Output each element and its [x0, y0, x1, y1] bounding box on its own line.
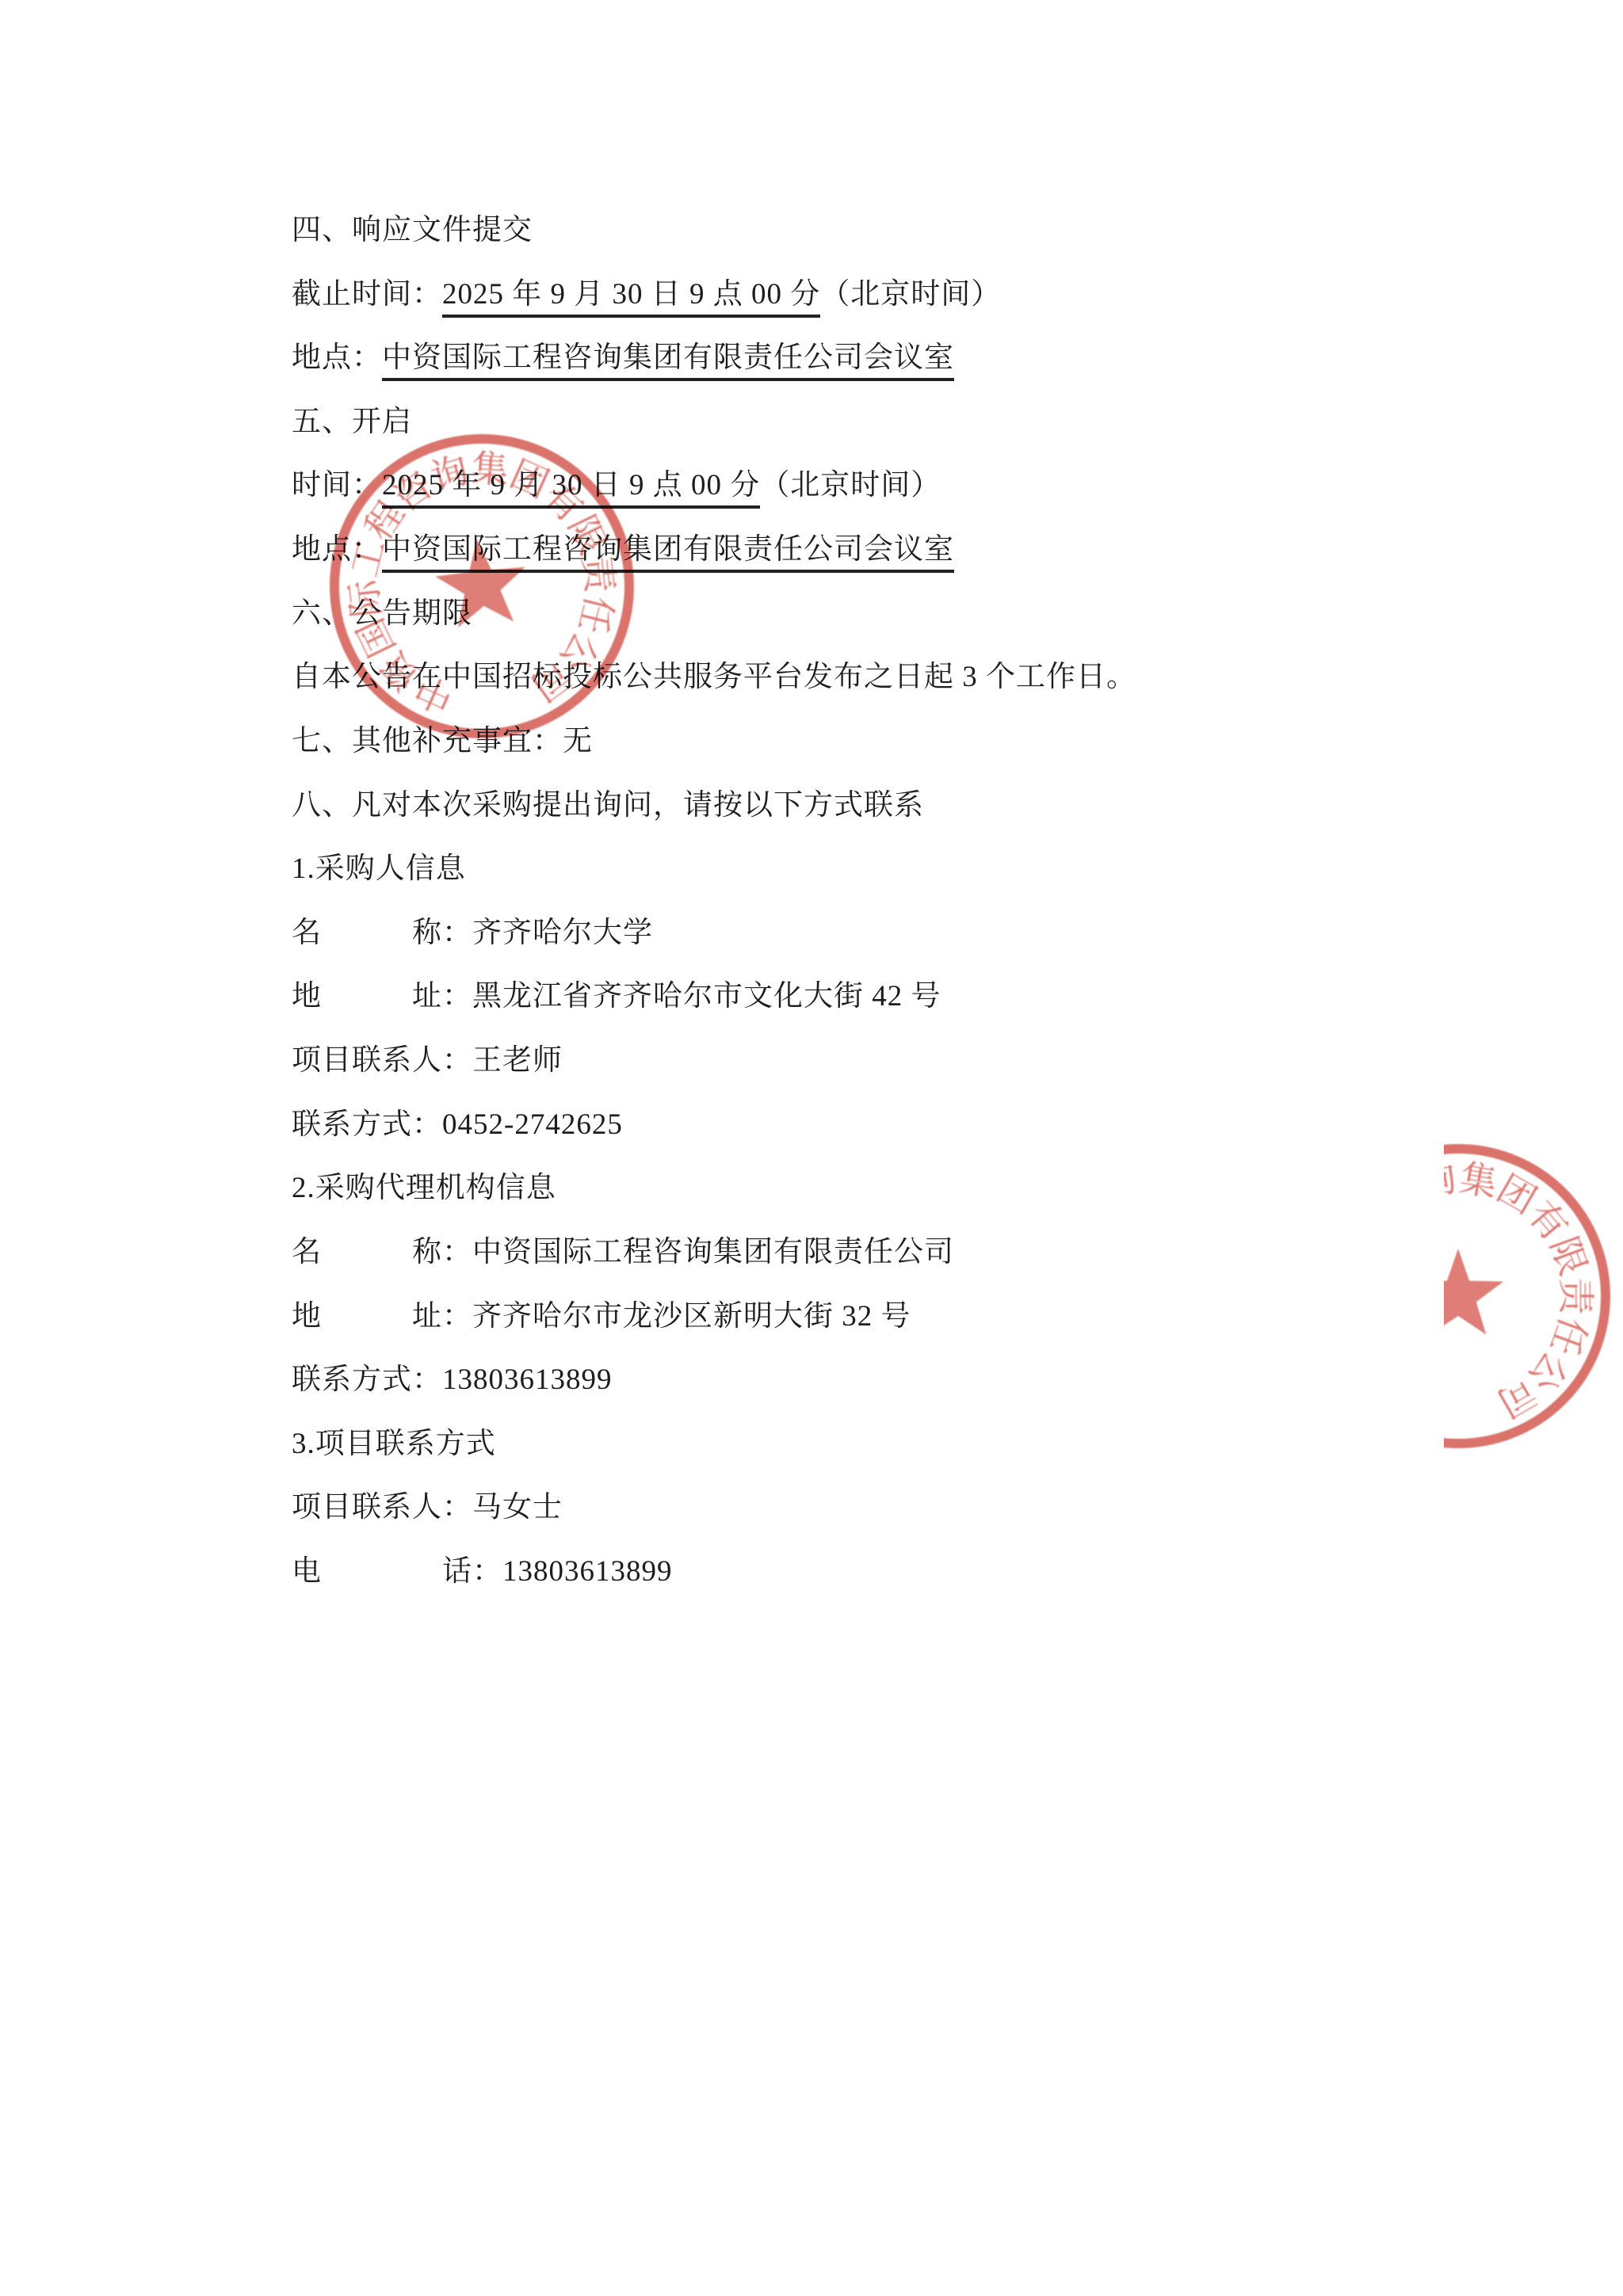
text-segment: 项目联系人：王老师 [292, 1044, 563, 1077]
stamp-ring-text-char: 公 [1520, 1344, 1575, 1398]
announcement-period-line: 自本公告在中国招标投标公共服务平台发布之日起 3 个工作日。 [292, 659, 1136, 696]
text-segment: 名 称：齐齐哈尔大学 [292, 917, 653, 949]
text-segment: 联系方式：0452-2742625 [292, 1108, 623, 1141]
company-seal-graphic: 中资国际工程咨询集团有限责任公司 [307, 412, 656, 761]
project-phone-line: 电 话：13803613899 [292, 1554, 673, 1590]
section-4-heading: 四、响应文件提交 [292, 212, 533, 249]
open-time-line: 时间：2025 年 9 月 30 日 9 点 00 分（北京时间） [292, 467, 941, 504]
open-location-line: 地点：中资国际工程咨询集团有限责任公司会议室 [292, 532, 954, 568]
project-contact-heading: 3.项目联系方式 [292, 1426, 496, 1463]
purchaser-name-line: 名 称：齐齐哈尔大学 [292, 915, 653, 952]
text-segment: 地 址：齐齐哈尔市龙沙区新明大街 32 号 [292, 1300, 911, 1333]
stamp-ring [1444, 1149, 1606, 1444]
stamp-ring-text-char: 询 [1444, 1158, 1460, 1205]
text-segment: 时间： [292, 469, 382, 502]
text-segment: 地点： [292, 341, 382, 374]
purchaser-contact-line: 项目联系人：王老师 [292, 1043, 563, 1079]
text-segment: 项目联系人：马女士 [292, 1491, 563, 1524]
stamp-ring-text-char: 有 [1520, 1194, 1575, 1249]
agency-info-heading: 2.采购代理机构信息 [292, 1170, 556, 1207]
company-seal-stamp-right-clipped: 中资国际工程咨询集团有限责任公司 [1444, 1138, 1623, 1458]
text-segment: 名 称：中资国际工程咨询集团有限责任公司 [292, 1236, 954, 1268]
company-seal-stamp-right-inner: 中资国际工程咨询集团有限责任公司 [1444, 1138, 1617, 1455]
submit-location-line: 地点：中资国际工程咨询集团有限责任公司会议室 [292, 340, 954, 376]
text-segment: 八、凡对本次采购提出询问，请按以下方式联系 [292, 789, 924, 822]
section-7-heading: 七、其他补充事宜：无 [292, 723, 593, 760]
text-segment: 七、其他补充事宜：无 [292, 725, 593, 757]
company-seal-graphic: 中资国际工程咨询集团有限责任公司 [1444, 1138, 1617, 1455]
agency-name-line: 名 称：中资国际工程咨询集团有限责任公司 [292, 1234, 954, 1271]
company-seal-stamp-left: 中资国际工程咨询集团有限责任公司 [307, 412, 656, 761]
section-5-heading: 五、开启 [292, 404, 412, 441]
underlined-text-segment: 2025 年 9 月 30 日 9 点 00 分 [382, 469, 760, 509]
purchaser-address-line: 地 址：黑龙江省齐齐哈尔市文化大街 42 号 [292, 978, 941, 1015]
purchaser-info-heading: 1.采购人信息 [292, 851, 466, 887]
stamp-ring-text-char: 限 [1542, 1232, 1594, 1281]
stamp-ring-text-char: 团 [1490, 1168, 1543, 1222]
stamp-ring-text-char: 集 [1457, 1158, 1500, 1205]
project-contact-line: 项目联系人：马女士 [292, 1489, 563, 1526]
text-segment: 五、开启 [292, 406, 412, 438]
section-8-heading: 八、凡对本次采购提出询问，请按以下方式联系 [292, 788, 924, 824]
purchaser-phone-line: 联系方式：0452-2742625 [292, 1107, 623, 1143]
text-segment: 2.采购代理机构信息 [292, 1172, 556, 1204]
agency-address-line: 地 址：齐齐哈尔市龙沙区新明大街 32 号 [292, 1299, 911, 1335]
stamp-ring-text-char: 任 [571, 591, 620, 637]
text-segment: 联系方式：13803613899 [292, 1363, 613, 1396]
stamp-star-icon [1444, 1249, 1503, 1335]
document-page: 四、响应文件提交截止时间：2025 年 9 月 30 日 9 点 00 分（北京… [0, 0, 1623, 2296]
underlined-text-segment: 2025 年 9 月 30 日 9 点 00 分 [442, 278, 820, 318]
text-segment: 截止时间： [292, 278, 442, 311]
text-segment: 六、公告期限 [292, 597, 472, 630]
text-segment: 四、响应文件提交 [292, 214, 533, 246]
text-segment: 电 话：13803613899 [292, 1555, 673, 1588]
underlined-text-segment: 中资国际工程咨询集团有限责任公司会议室 [382, 341, 954, 381]
stamp-ring-text-char: 责 [1554, 1278, 1595, 1318]
submit-deadline-line: 截止时间：2025 年 9 月 30 日 9 点 00 分（北京时间） [292, 277, 1001, 313]
text-segment: 自本公告在中国招标投标公共服务平台发布之日起 3 个工作日。 [292, 661, 1136, 693]
text-segment: （北京时间） [820, 278, 1001, 311]
section-6-heading: 六、公告期限 [292, 596, 472, 632]
stamp-ring-text-char: 司 [1490, 1370, 1543, 1425]
text-segment: 3.项目联系方式 [292, 1428, 496, 1460]
stamp-ring-text-char: 任 [1542, 1311, 1594, 1360]
text-segment: （北京时间） [760, 469, 941, 502]
text-segment: 地 址：黑龙江省齐齐哈尔市文化大街 42 号 [292, 980, 941, 1013]
text-segment: 1.采购人信息 [292, 852, 466, 885]
agency-phone-line: 联系方式：13803613899 [292, 1362, 613, 1398]
underlined-text-segment: 中资国际工程咨询集团有限责任公司会议室 [382, 533, 954, 573]
text-segment: 地点： [292, 533, 382, 566]
